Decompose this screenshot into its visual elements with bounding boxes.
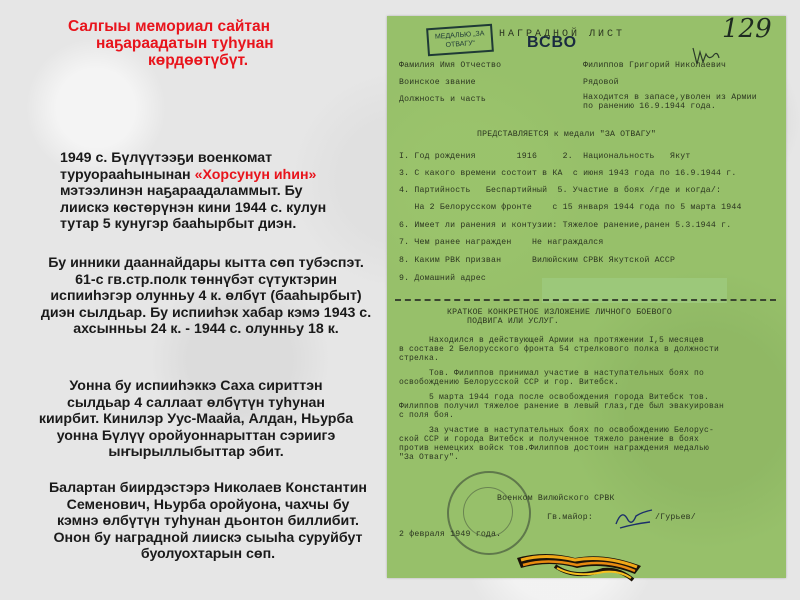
summary-line: За участие в наступательных боях по осво… — [399, 426, 724, 435]
summary-line: 5 марта 1944 года после освобождения гор… — [399, 393, 724, 402]
paragraph-1: 1949 с. Бүлүүтээҕи военкомат туруораaһын… — [60, 150, 350, 233]
summary-line: Филиппов получил тяжелое ранение в левый… — [399, 402, 724, 411]
summary-line: ской ССР и города Витебск и полученное т… — [399, 435, 724, 444]
title-line-1: Салгыы мемориал сайтан — [60, 18, 340, 35]
signature-icon — [612, 506, 657, 531]
rank-label: Воинское звание — [399, 78, 476, 88]
paragraph-4: Балартан биирдэстэрэ Николаев Константин… — [48, 480, 368, 563]
sheet-number: 129 — [722, 24, 772, 34]
summary-line: Находился в действующей Армии на протяже… — [399, 336, 724, 345]
name-label: Фамилия Имя Отчество — [399, 61, 501, 71]
item-1: I. Год рождения 1916 2. Национальность Я… — [399, 152, 690, 162]
summary-text: Находился в действующей Армии на протяже… — [399, 336, 724, 462]
slide-title: Салгыы мемориал сайтан наҕараадатын туһу… — [60, 18, 340, 69]
item-3: 3. С какого времени состоит в КА с июня … — [399, 169, 736, 179]
paragraph-1-text-end: мэтээлинэн наҕараадаламмыт. Бу лиискэ кө… — [60, 183, 326, 232]
round-seal — [447, 471, 531, 555]
position-value-2: по ранению 16.9.1944 года. — [583, 102, 716, 112]
summary-line: в составе 2 Белорусского фронта 54 стрел… — [399, 345, 724, 354]
position-label: Должность и часть — [399, 95, 486, 105]
presented-to-medal: ПРЕДСТАВЛЯЕТСЯ к медали "ЗА ОТВАГУ" — [477, 130, 656, 140]
title-line-3: көрдөөтүбүт. — [60, 52, 340, 69]
paragraph-2: Бу инники дааннайдары кытта сөп тубэспэт… — [38, 255, 374, 338]
summary-line: Тов. Филиппов принимал участие в наступа… — [399, 369, 724, 378]
rank-value: Рядовой — [583, 78, 619, 88]
description-panel: Салгыы мемориал сайтан наҕараадатын туһу… — [0, 0, 385, 600]
item-5-detail: На 2 Белорусском фронте с 15 января 1944… — [399, 203, 742, 213]
medal-name-highlight: «Хорсунун иһин» — [195, 167, 317, 183]
medal-stamp: МЕДАЛЬЮ „ЗА ОТВАГУ“ — [426, 24, 494, 57]
summary-line: против немецких войск тов.Филиппов досто… — [399, 444, 724, 453]
item-6: 6. Имеет ли ранения и контузии: Тяжелое … — [399, 221, 731, 231]
title-line-2: наҕараадатын туһунан — [60, 35, 340, 52]
document-date: 2 февраля 1949 года. — [399, 530, 501, 540]
item-9: 9. Домашний адрес — [399, 274, 486, 284]
signer-name: /Гурьев/ — [655, 513, 696, 523]
item-4: 4. Партийность Беспартийный 5. Участие в… — [399, 186, 721, 196]
item-8: 8. Каким РВК призван Вилюйским СРВК Якут… — [399, 256, 675, 266]
item-7: 7. Чем ранее награжден Не награждался — [399, 238, 604, 248]
award-sheet-image: МЕДАЛЬЮ „ЗА ОТВАГУ“ НАГРАДНОЙ ЛИСТ ВСВО … — [387, 16, 786, 578]
summary-title-2: ПОДВИГА ИЛИ УСЛУГ. — [467, 317, 559, 327]
summary-line: "За Отвагу". — [399, 453, 724, 462]
paragraph-3: Уонна бу испииһэккэ Саха сириттэн сылдьа… — [36, 378, 356, 461]
summary-line: освобождению Белорусской ССР и гор. Вите… — [399, 378, 724, 387]
signer-rank: Гв.майор: — [547, 513, 593, 523]
separator — [395, 299, 776, 301]
summary-line: с поля боя. — [399, 411, 724, 420]
district-stamp: ВСВО — [527, 38, 577, 48]
name-value: Филиппов Григорий Николаевич — [583, 61, 726, 71]
summary-line: стрелка. — [399, 354, 724, 363]
st-george-ribbon-icon — [515, 546, 645, 584]
signer-title: Военком Вилюйского СРВК — [497, 494, 615, 504]
